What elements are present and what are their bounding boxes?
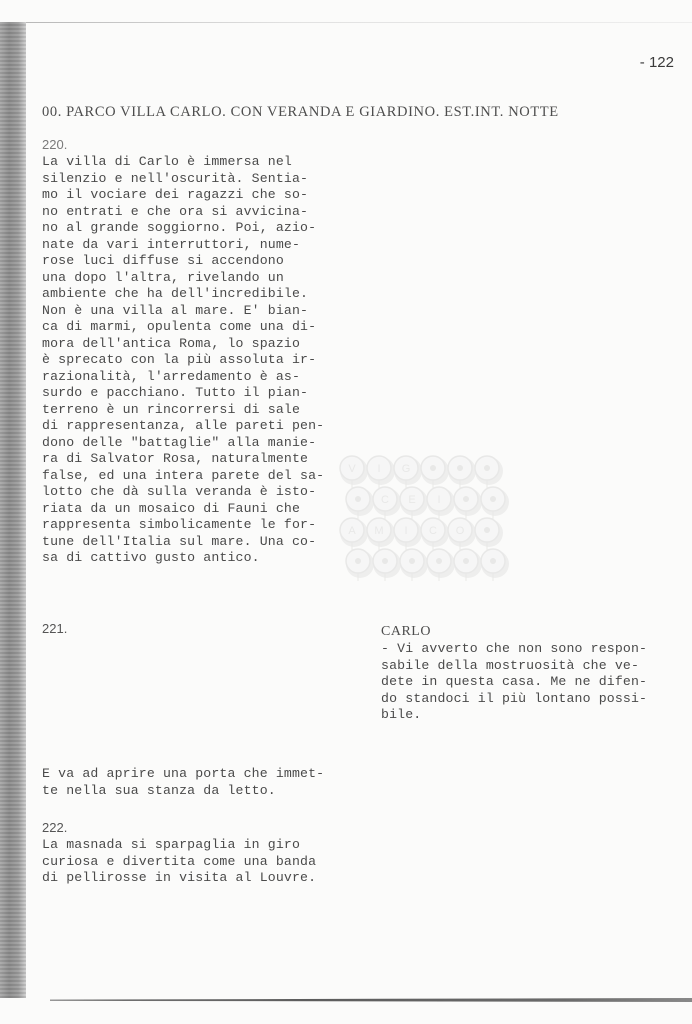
svg-text:M: M — [374, 525, 383, 537]
text-line: sabile della mostruosità che ve- — [381, 658, 691, 675]
text-line: terreno è un rincorrersi di sale — [42, 402, 362, 419]
text-line: curiosa e divertita come una banda — [42, 854, 362, 871]
character-name: CARLO — [381, 623, 691, 641]
svg-text:E: E — [408, 494, 415, 506]
text-line: bile. — [381, 707, 691, 724]
scene-text: La masnada si sparpaglia in girocuriosa … — [42, 837, 362, 887]
text-line: tune dell'Italia sul mare. Una co- — [42, 534, 362, 551]
action-text: E va ad aprire una porta che immet-te ne… — [42, 766, 362, 799]
text-line: razionalità, l'arredamento è as- — [42, 369, 362, 386]
text-line: La masnada si sparpaglia in giro — [42, 837, 362, 854]
text-line: dete in questa casa. Me ne difen- — [381, 674, 691, 691]
scene-number: 220. — [42, 136, 362, 154]
text-line: La villa di Carlo è immersa nel — [42, 154, 362, 171]
dialogue-block: CARLO - Vi avverto che non sono respon-s… — [381, 623, 691, 724]
svg-text:G: G — [402, 463, 411, 475]
text-line: silenzio e nell'oscurità. Sentia- — [42, 171, 362, 188]
page-number: - 122 — [640, 54, 674, 71]
scene-222: 222. La masnada si sparpaglia in girocur… — [42, 819, 362, 887]
text-line: riata da un mosaico di Fauni che — [42, 501, 362, 518]
scene-221-number: 221. — [42, 620, 362, 638]
text-line: mo il vociare dei ragazzi che so- — [42, 187, 362, 204]
text-line: do standoci il più lontano possi- — [381, 691, 691, 708]
svg-text:C: C — [429, 525, 437, 537]
scene-number: 222. — [42, 819, 362, 837]
text-line: nate da vari interruttori, nume- — [42, 237, 362, 254]
text-line: - Vi avverto che non sono respon- — [381, 641, 691, 658]
page-bottom-edge — [50, 998, 692, 1002]
dialogue-text: - Vi avverto che non sono respon-sabile … — [381, 641, 691, 724]
text-line: di pellirosse in visita al Louvre. — [42, 870, 362, 887]
svg-text:I: I — [377, 463, 380, 475]
svg-text:I: I — [404, 525, 407, 537]
text-line: ra di Salvator Rosa, naturalmente — [42, 451, 362, 468]
scene-heading: 00. PARCO VILLA CARLO. CON VERANDA E GIA… — [42, 104, 559, 121]
text-line: di rappresentanza, alle pareti pen- — [42, 418, 362, 435]
text-line: E va ad aprire una porta che immet- — [42, 766, 362, 783]
scan-binding-shadow — [0, 22, 26, 998]
scene-number: 221. — [42, 620, 362, 638]
text-line: Non è una villa al mare. E' bian- — [42, 303, 362, 320]
text-line: sa di cattivo gusto antico. — [42, 550, 362, 567]
text-line: una dopo l'altra, rivelando un — [42, 270, 362, 287]
text-line: lotto che dà sulla veranda è isto- — [42, 484, 362, 501]
text-line: false, ed una intera parete del sa- — [42, 468, 362, 485]
scene-220: 220. La villa di Carlo è immersa nelsile… — [42, 136, 362, 567]
text-line: mora dell'antica Roma, lo spazio — [42, 336, 362, 353]
page-top-edge — [22, 22, 692, 23]
svg-text:I: I — [437, 494, 440, 506]
text-line: dono delle "battaglie" alla manie- — [42, 435, 362, 452]
text-line: no al grande soggiorno. Poi, azio- — [42, 220, 362, 237]
svg-text:C: C — [381, 494, 389, 506]
text-line: surdo e pacchiano. Tutto il pian- — [42, 385, 362, 402]
scene-221-action: E va ad aprire una porta che immet-te ne… — [42, 766, 362, 799]
text-line: te nella sua stanza da letto. — [42, 783, 362, 800]
text-line: rappresenta simbolicamente le for- — [42, 517, 362, 534]
text-line: no entrati e che ora si avvicina- — [42, 204, 362, 221]
text-line: rose luci diffuse si accendono — [42, 253, 362, 270]
text-line: è sprecato con la più assoluta ir- — [42, 352, 362, 369]
svg-text:O: O — [456, 525, 465, 537]
text-line: ca di marmi, opulenta come una di- — [42, 319, 362, 336]
scene-text: La villa di Carlo è immersa nelsilenzio … — [42, 154, 362, 567]
text-line: ambiente che ha dell'incredibile. — [42, 286, 362, 303]
